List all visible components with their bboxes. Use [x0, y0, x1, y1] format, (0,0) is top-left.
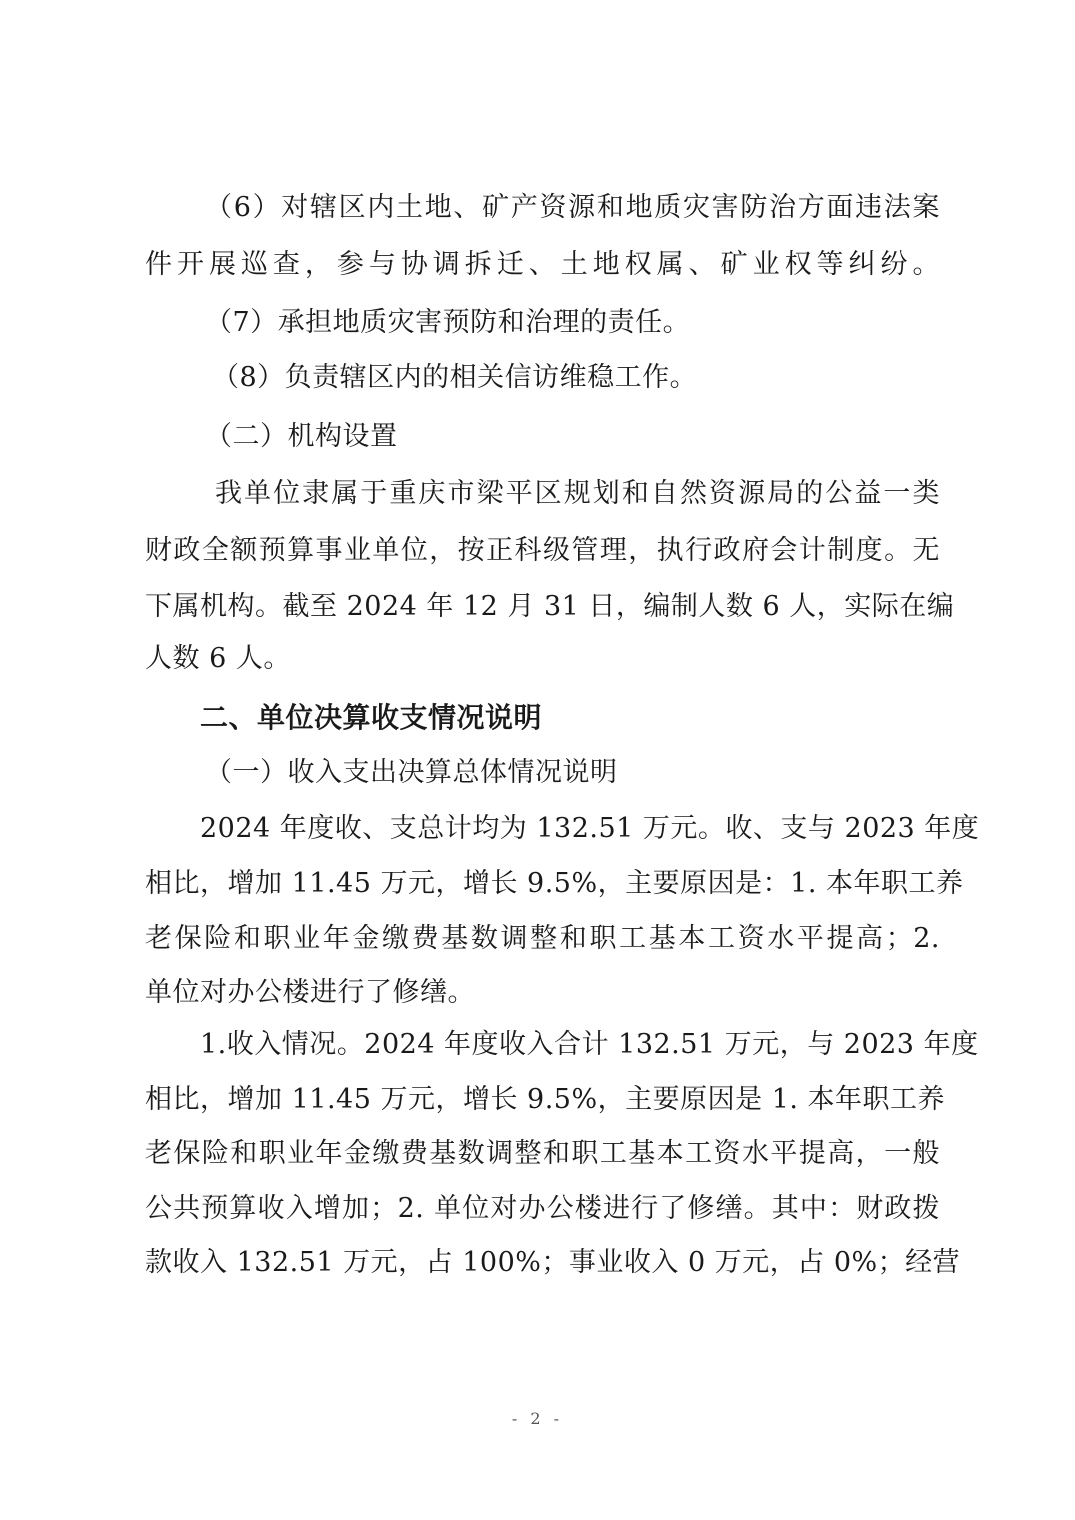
- org-setup-line-3: 下属机构。截至 2024 年 12 月 31 日，编制人数 6 人，实际在编: [145, 589, 940, 625]
- duty-item-7: （7）承担地质灾害预防和治理的责任。: [205, 305, 1000, 341]
- income-line-4: 公共预算收入增加；2. 单位对办公楼进行了修缮。其中：财政拨: [145, 1191, 940, 1227]
- income-line-2: 相比，增加 11.45 万元，增长 9.5%，主要原因是 1. 本年职工养: [145, 1082, 940, 1118]
- overall-line-4: 单位对办公楼进行了修缮。: [145, 975, 940, 1011]
- page-number: - 2 -: [0, 1409, 1075, 1428]
- duty-item-8: （8）负责辖区内的相关信访维稳工作。: [212, 360, 1007, 396]
- document-page: （6）对辖区内土地、矿产资源和地质灾害防治方面违法案 件开展巡查，参与协调拆迁、…: [0, 0, 1075, 1520]
- income-line-5: 款收入 132.51 万元，占 100%；事业收入 0 万元，占 0%；经营: [145, 1245, 940, 1281]
- org-setup-line-2: 财政全额预算事业单位，按正科级管理，执行政府会计制度。无: [145, 533, 940, 569]
- overall-line-2: 相比，增加 11.45 万元，增长 9.5%，主要原因是：1. 本年职工养: [145, 866, 940, 902]
- org-setup-line-4: 人数 6 人。: [145, 641, 940, 677]
- section-2-subheading: （一）收入支出决算总体情况说明: [205, 755, 1000, 791]
- duty-item-6-line-1: （6）对辖区内土地、矿产资源和地质灾害防治方面违法案: [205, 190, 940, 226]
- duty-item-6-line-2: 件开展巡查，参与协调拆迁、土地权属、矿业权等纠纷。: [145, 247, 940, 283]
- org-setup-heading: （二）机构设置: [205, 419, 1000, 455]
- org-setup-line-1: 我单位隶属于重庆市梁平区规划和自然资源局的公益一类: [215, 476, 940, 512]
- income-line-1: 1.收入情况。2024 年度收入合计 132.51 万元，与 2023 年度: [200, 1027, 940, 1063]
- overall-line-3: 老保险和职业年金缴费基数调整和职工基本工资水平提高；2.: [145, 921, 940, 957]
- overall-line-1: 2024 年度收、支总计均为 132.51 万元。收、支与 2023 年度: [200, 811, 940, 847]
- section-2-heading: 二、单位决算收支情况说明: [200, 700, 542, 736]
- income-line-3: 老保险和职业年金缴费基数调整和职工基本工资水平提高，一般: [145, 1136, 940, 1172]
